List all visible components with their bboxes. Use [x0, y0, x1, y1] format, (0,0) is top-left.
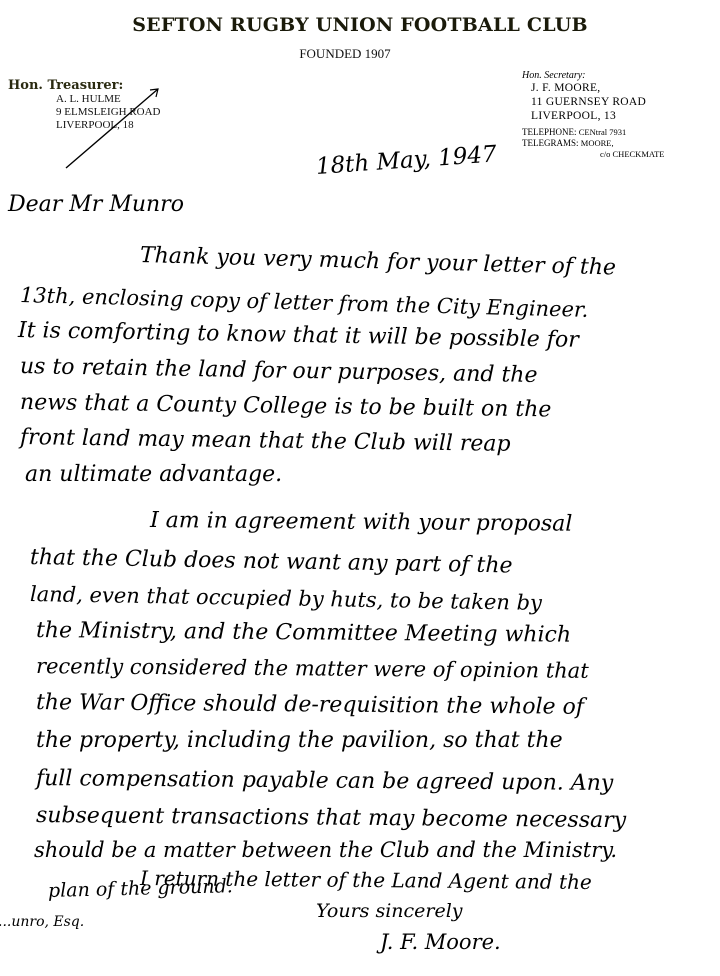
salutation: Dear Mr Munro — [8, 192, 184, 217]
telegrams-row: TELEGRAMS: MOORE, — [522, 138, 712, 149]
body-line: recently considered the matter were of o… — [36, 654, 589, 683]
body-line: Thank you very much for your letter of t… — [140, 243, 617, 280]
body-line: the Ministry, and the Committee Meeting … — [36, 618, 571, 648]
founded-year: FOUNDED 1907 — [0, 46, 690, 62]
telephone-value: CENtral 7931 — [579, 127, 626, 137]
body-line: an ultimate advantage. — [25, 462, 282, 487]
body-line: land, even that occupied by huts, to be … — [30, 582, 542, 615]
secretary-block: Hon. Secretary: J. F. MOORE, 11 GUERNSEY… — [522, 70, 712, 160]
club-name-heading: SEFTON RUGBY UNION FOOTBALL CLUB — [0, 14, 720, 36]
body-line: 13th, enclosing copy of letter from the … — [20, 283, 589, 322]
body-line: front land may mean that the Club will r… — [20, 425, 511, 457]
recipient-margin-note: ...unro, Esq. — [0, 914, 84, 930]
body-line: plan of the ground. — [48, 875, 233, 902]
body-line: full compensation payable can be agreed … — [36, 766, 614, 796]
body-line: that the Club does not want any part of … — [30, 545, 513, 578]
strikethrough-pen-mark-icon — [58, 86, 168, 171]
telegrams-label: TELEGRAMS: — [522, 138, 579, 148]
body-line: I am in agreement with your proposal — [150, 508, 573, 537]
secretary-label: Hon. Secretary: — [522, 70, 712, 81]
letter-date: 18th May, 1947 — [315, 141, 497, 180]
telegrams-value: MOORE, — [581, 138, 614, 148]
body-line: the property, including the pavilion, so… — [36, 728, 563, 753]
body-line: us to retain the land for our purposes, … — [20, 354, 538, 388]
secretary-name: J. F. MOORE, — [531, 81, 712, 95]
closing: Yours sincerely — [316, 900, 463, 922]
telephone-label: TELEPHONE: — [522, 127, 577, 137]
telegrams-value-2: c/o CHECKMATE — [600, 149, 664, 159]
secretary-address-line2: LIVERPOOL, 13 — [531, 109, 712, 123]
signature: J. F. Moore. — [380, 930, 501, 954]
telegrams-row-2: c/o CHECKMATE — [522, 149, 712, 160]
body-line: news that a County College is to be buil… — [20, 390, 552, 422]
body-line: It is comforting to know that it will be… — [18, 318, 579, 353]
treasurer-block: Hon. Treasurer: A. L. HULME 9 ELMSLEIGH … — [8, 78, 258, 132]
body-line: should be a matter between the Club and … — [34, 838, 617, 862]
body-line: the War Office should de-requisition the… — [36, 690, 584, 720]
secretary-address-line1: 11 GUERNSEY ROAD — [531, 95, 712, 109]
telephone-row: TELEPHONE: CENtral 7931 — [522, 127, 712, 138]
body-line: subsequent transactions that may become … — [36, 803, 626, 833]
